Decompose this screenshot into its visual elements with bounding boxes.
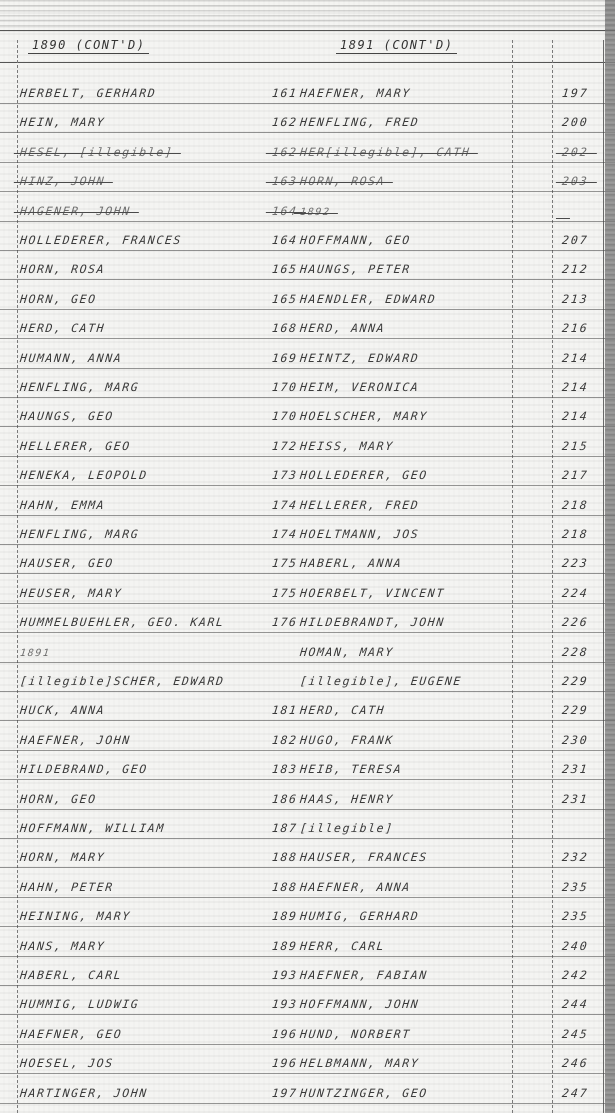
entry-number: 173 [271, 468, 298, 482]
entry-name-1891: HOERBELT, VINCENT [299, 586, 445, 600]
entry-name-1891: HERR, CARL [299, 939, 386, 953]
entry-number: 193 [271, 997, 298, 1011]
entry-name-1890: HOFFMANN, WILLIAM [19, 821, 165, 835]
entry-name-1890: HUCK, ANNA [19, 703, 106, 717]
entry-number: 170 [271, 409, 298, 423]
table-row: HEUSER, MARY175HOERBELT, VINCENT224 [0, 580, 615, 604]
entry-number: 183 [271, 762, 298, 776]
entry-page: 235 [561, 909, 589, 923]
table-row: HENFLING, MARG170HEIM, VERONICA214 [0, 374, 615, 398]
entry-page: 232 [561, 850, 589, 864]
table-row: HUCK, ANNA181HERD, CATH229 [0, 697, 615, 721]
entry-number: 162 [271, 115, 298, 129]
entry-number: 164 [271, 233, 298, 247]
entry-name-1891: HENFLING, FRED [299, 115, 420, 129]
entry-name-1890: [illegible]SCHER, EDWARD [19, 674, 225, 688]
entry-name-1890: HENEKA, LEOPOLD [19, 468, 148, 482]
table-row: HAGENER, JOHN1641892 [0, 198, 615, 222]
entry-page: 223 [561, 556, 589, 570]
entry-name-1890: HUMMELBUEHLER, GEO. KARL [19, 615, 225, 629]
entry-name-1891: HER[illegible], CATH [299, 145, 471, 159]
entry-number: 174 [271, 498, 298, 512]
entry-page: 212 [561, 262, 589, 276]
scan-artifact-edge [605, 0, 615, 1113]
table-row: HORN, ROSA165HAUNGS, PETER212 [0, 256, 615, 280]
entry-number: 165 [271, 262, 298, 276]
entry-number: 186 [271, 792, 298, 806]
entry-page: 242 [561, 968, 589, 982]
entry-name-1891: HOLLEDERER, GEO [299, 468, 428, 482]
header-right-year: 1891 (CONT'D) [336, 38, 457, 54]
entry-name-1891: HELBMANN, MARY [299, 1056, 420, 1070]
entry-name-1891: HAEFNER, ANNA [299, 880, 411, 894]
table-row: HENEKA, LEOPOLD173HOLLEDERER, GEO217 [0, 462, 615, 486]
entry-name-1891: HUND, NORBERT [299, 1027, 411, 1041]
table-row: HUMMIG, LUDWIG193HOFFMANN, JOHN244 [0, 991, 615, 1015]
table-row: HAEFNER, GEO196HUND, NORBERT245 [0, 1021, 615, 1045]
entry-page: 203 [561, 174, 589, 188]
entry-name-1891: HAEFNER, MARY [299, 86, 411, 100]
entry-name-1891: HAAS, HENRY [299, 792, 394, 806]
entry-page: 230 [561, 733, 589, 747]
entry-name-1890: HANS, MARY [19, 939, 106, 953]
entry-number: 196 [271, 1056, 298, 1070]
entry-page: 246 [561, 1056, 589, 1070]
entry-name-1890: HARTINGER, JOHN [19, 1086, 148, 1100]
table-row: HOLLEDERER, FRANCES164HOFFMANN, GEO207 [0, 227, 615, 251]
entry-name-1890: HENFLING, MARG [19, 380, 140, 394]
entry-name-1891: HOELSCHER, MARY [299, 409, 428, 423]
entry-number: 164 [271, 204, 298, 218]
table-row: HANS, MARY189HERR, CARL240 [0, 933, 615, 957]
table-row: HARTINGER, JOHN197HUNTZINGER, GEO247 [0, 1080, 615, 1104]
entry-name-1891: HUGO, FRANK [299, 733, 394, 747]
entry-page: 231 [561, 792, 589, 806]
entry-name-1891: HEISS, MARY [299, 439, 394, 453]
entry-name-1891: HAUSER, FRANCES [299, 850, 428, 864]
entry-number: 161 [271, 86, 298, 100]
entry-name-1890: HEUSER, MARY [19, 586, 123, 600]
entry-name-1891: HOFFMANN, JOHN [299, 997, 420, 1011]
entry-page: 214 [561, 380, 589, 394]
entry-page: 245 [561, 1027, 589, 1041]
entry-name-1890: HORN, MARY [19, 850, 106, 864]
entry-number: 172 [271, 439, 298, 453]
table-row: HAUSER, GEO175HABERL, ANNA223 [0, 550, 615, 574]
entry-name-1891: 1892 [299, 207, 331, 218]
table-row: HENFLING, MARG174HOELTMANN, JOS218 [0, 521, 615, 545]
entry-name-1890: HUMMIG, LUDWIG [19, 997, 140, 1011]
entry-name-1890: HAEFNER, GEO [19, 1027, 123, 1041]
entry-name-1890: HELLERER, GEO [19, 439, 131, 453]
entry-name-1890: HORN, GEO [19, 792, 97, 806]
top-rule [0, 30, 615, 31]
entry-name-1890: HAEFNER, JOHN [19, 733, 131, 747]
entry-name-1890: HILDEBRAND, GEO [19, 762, 148, 776]
table-row: HAHN, EMMA174HELLERER, FRED218 [0, 492, 615, 516]
entry-number: 188 [271, 850, 298, 864]
entry-number: 188 [271, 880, 298, 894]
entry-name-1890: HERD, CATH [19, 321, 106, 335]
entry-page: 213 [561, 292, 589, 306]
entry-number: 176 [271, 615, 298, 629]
entry-name-1891: HEIB, TERESA [299, 762, 403, 776]
entry-number: 187 [271, 821, 298, 835]
table-row: HOFFMANN, WILLIAM187[illegible] [0, 815, 615, 839]
entry-number: 182 [271, 733, 298, 747]
entry-name-1890: HENFLING, MARG [19, 527, 140, 541]
entry-page: 235 [561, 880, 589, 894]
entry-number: 197 [271, 1086, 298, 1100]
entry-number: 196 [271, 1027, 298, 1041]
entry-name-1891: HEINTZ, EDWARD [299, 351, 420, 365]
table-row: HUMANN, ANNA169HEINTZ, EDWARD214 [0, 345, 615, 369]
entry-name-1891: HAENDLER, EDWARD [299, 292, 437, 306]
entry-name-1891: HUMIG, GERHARD [299, 909, 420, 923]
entry-number: 170 [271, 380, 298, 394]
table-row: HEIN, MARY162HENFLING, FRED200 [0, 109, 615, 133]
entry-page: 200 [561, 115, 589, 129]
entry-name-1890: HEINING, MARY [19, 909, 131, 923]
entry-page: 216 [561, 321, 589, 335]
entry-number: 165 [271, 292, 298, 306]
entry-name-1890: HOESEL, JOS [19, 1056, 114, 1070]
entry-page: 218 [561, 498, 589, 512]
entry-page: 228 [561, 645, 589, 659]
table-row: HOESEL, JOS196HELBMANN, MARY246 [0, 1050, 615, 1074]
table-row: HORN, GEO186HAAS, HENRY231 [0, 786, 615, 810]
entry-name-1890: HORN, GEO [19, 292, 97, 306]
entry-name-1890: HAUNGS, GEO [19, 409, 114, 423]
entry-page: 240 [561, 939, 589, 953]
entry-page: 224 [561, 586, 589, 600]
entry-name-1891: HEIM, VERONICA [299, 380, 420, 394]
entry-name-1890: HESEL, [illegible] [19, 145, 174, 159]
entry-page: 207 [561, 233, 589, 247]
entry-name-1891: HERD, CATH [299, 703, 386, 717]
entry-name-1891: HUNTZINGER, GEO [299, 1086, 428, 1100]
entry-page: 218 [561, 527, 589, 541]
entry-number: 181 [271, 703, 298, 717]
table-row: HORN, MARY188HAUSER, FRANCES232 [0, 844, 615, 868]
entry-name-1890: HABERL, CARL [19, 968, 123, 982]
entry-number: 193 [271, 968, 298, 982]
table-row: HILDEBRAND, GEO183HEIB, TERESA231 [0, 756, 615, 780]
entry-name-1890: HAGENER, JOHN [19, 204, 131, 218]
scan-artifact-top [0, 0, 615, 34]
entry-name-1890: HAUSER, GEO [19, 556, 114, 570]
entry-page: 197 [561, 86, 589, 100]
entry-number: 169 [271, 351, 298, 365]
table-row: [illegible]SCHER, EDWARD[illegible], EUG… [0, 668, 615, 692]
entry-name-1890: HINZ, JOHN [19, 174, 106, 188]
entry-name-1891: HORN, ROSA [299, 174, 386, 188]
table-row: HAHN, PETER188HAEFNER, ANNA235 [0, 874, 615, 898]
header-left-year: 1890 (CONT'D) [28, 38, 149, 54]
entry-page: 231 [561, 762, 589, 776]
ledger-page: 1890 (CONT'D) 1891 (CONT'D) HERBELT, GER… [0, 0, 615, 1113]
entry-page: 244 [561, 997, 589, 1011]
table-row: HINZ, JOHN163HORN, ROSA203 [0, 168, 615, 192]
table-row: HERBELT, GERHARD161HAEFNER, MARY197 [0, 80, 615, 104]
entry-name-1890: HAHN, EMMA [19, 498, 106, 512]
entry-name-1891: HAUNGS, PETER [299, 262, 411, 276]
entry-name-1890: HERBELT, GERHARD [19, 86, 157, 100]
column-headers: 1890 (CONT'D) 1891 (CONT'D) [0, 36, 600, 64]
entry-name-1890: HAHN, PETER [19, 880, 114, 894]
table-row: HABERL, CARL193HAEFNER, FABIAN242 [0, 962, 615, 986]
entry-name-1891: HAEFNER, FABIAN [299, 968, 428, 982]
entry-page: 202 [561, 145, 589, 159]
entry-name-1890: HORN, ROSA [19, 262, 106, 276]
entry-number: 189 [271, 939, 298, 953]
entry-number: 174 [271, 527, 298, 541]
table-row: HAUNGS, GEO170HOELSCHER, MARY214 [0, 403, 615, 427]
entry-number: 175 [271, 556, 298, 570]
table-row: HERD, CATH168HERD, ANNA216 [0, 315, 615, 339]
table-row: HORN, GEO165HAENDLER, EDWARD213 [0, 286, 615, 310]
entry-page: 226 [561, 615, 589, 629]
entry-page: 217 [561, 468, 589, 482]
table-row: 1891HOMAN, MARY228 [0, 639, 615, 663]
table-row: HELLERER, GEO172HEISS, MARY215 [0, 433, 615, 457]
entry-name-1891: HELLERER, FRED [299, 498, 420, 512]
table-row: HESEL, [illegible]162HER[illegible], CAT… [0, 139, 615, 163]
entry-page: 229 [561, 674, 589, 688]
entry-name-1890: 1891 [19, 648, 51, 659]
entry-name-1890: HUMANN, ANNA [19, 351, 123, 365]
entry-name-1890: HEIN, MARY [19, 115, 106, 129]
entry-name-1891: HILDEBRANDT, JOHN [299, 615, 445, 629]
entry-page: 247 [561, 1086, 589, 1100]
entry-name-1891: [illegible] [299, 821, 394, 835]
entry-number: 189 [271, 909, 298, 923]
entry-number: 175 [271, 586, 298, 600]
entry-page: 229 [561, 703, 589, 717]
entry-name-1891: HERD, ANNA [299, 321, 386, 335]
entry-name-1891: HOELTMANN, JOS [299, 527, 420, 541]
entry-page: 214 [561, 409, 589, 423]
entry-page: 215 [561, 439, 589, 453]
entry-name-1890: HOLLEDERER, FRANCES [19, 233, 182, 247]
table-row: HUMMELBUEHLER, GEO. KARL176HILDEBRANDT, … [0, 609, 615, 633]
entry-name-1891: HOFFMANN, GEO [299, 233, 411, 247]
entry-page: 214 [561, 351, 589, 365]
table-row: HEINING, MARY189HUMIG, GERHARD235 [0, 903, 615, 927]
entry-number: 168 [271, 321, 298, 335]
entry-name-1891: HABERL, ANNA [299, 556, 403, 570]
table-row: HAEFNER, JOHN182HUGO, FRANK230 [0, 727, 615, 751]
entry-name-1891: HOMAN, MARY [299, 645, 394, 659]
entry-name-1891: [illegible], EUGENE [299, 674, 462, 688]
